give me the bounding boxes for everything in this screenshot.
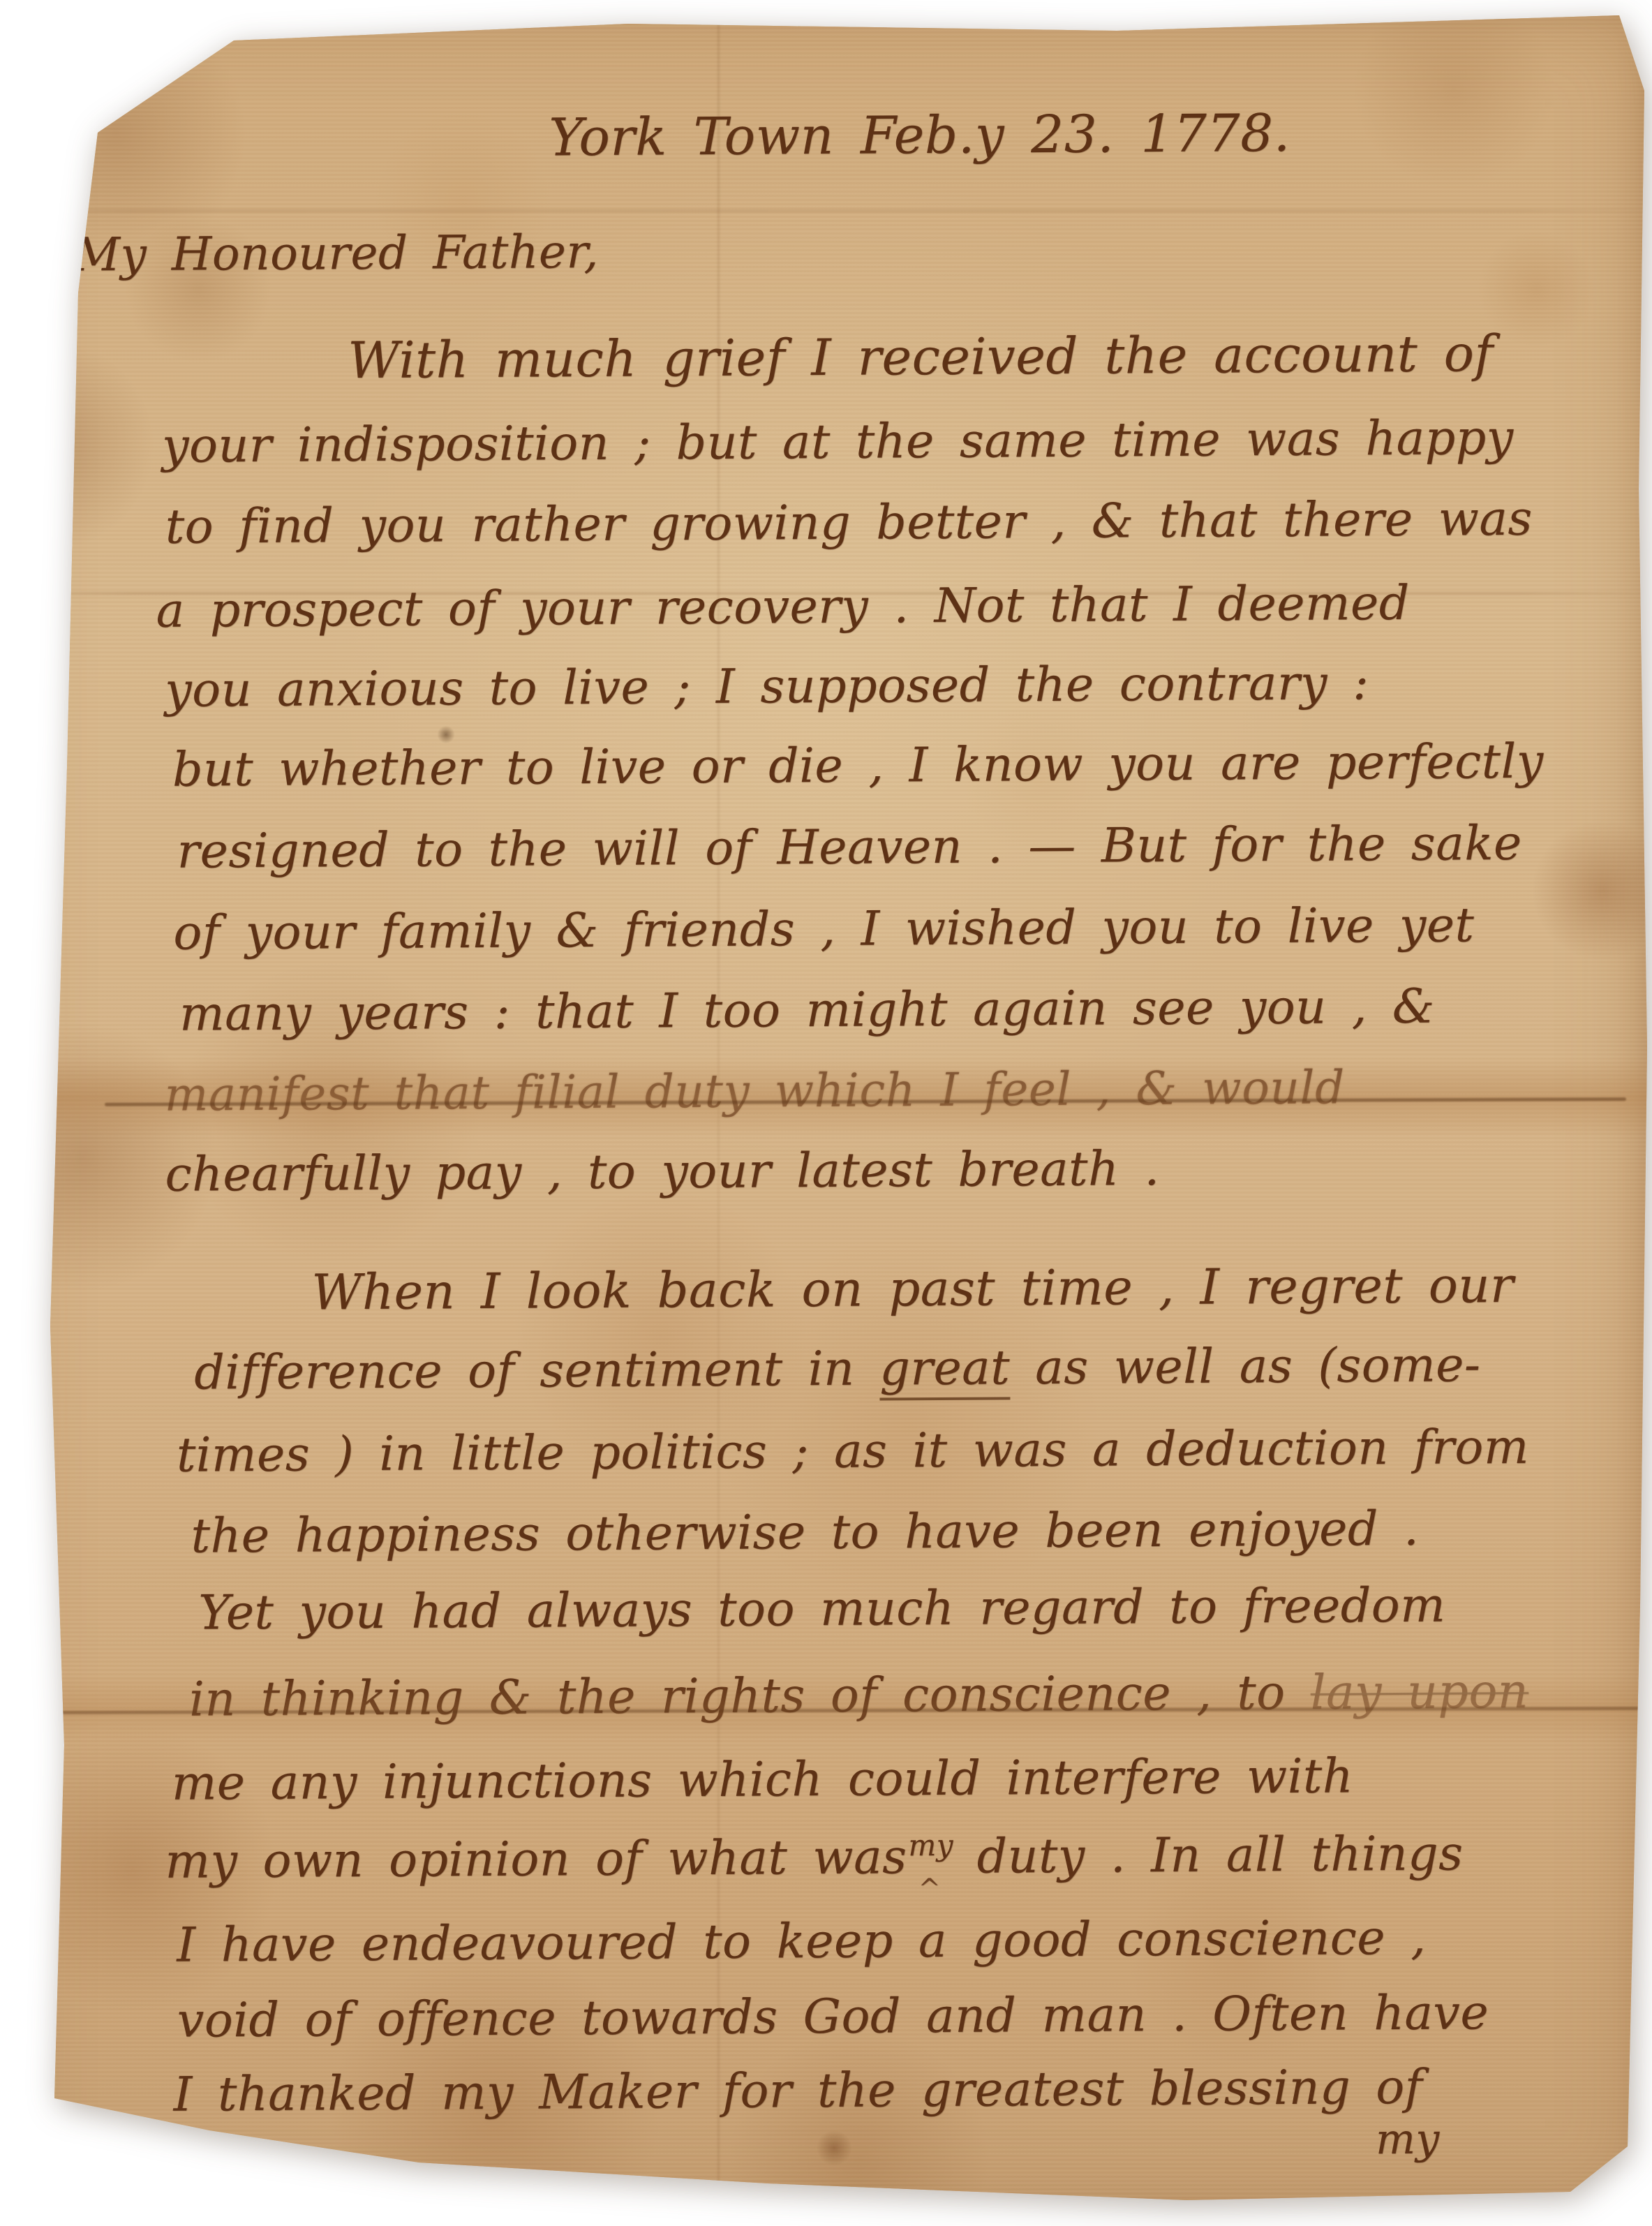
letter-line: When I look back on past time , I regret… bbox=[311, 1256, 1514, 1321]
letter-line: to find you rather growing better , & th… bbox=[165, 491, 1533, 555]
line-segment: as well as (some- bbox=[1010, 1337, 1481, 1395]
letter-line: but whether to live or die , I know you … bbox=[172, 734, 1544, 798]
struck-words: lay upon bbox=[1310, 1664, 1528, 1721]
letter-line-with-underline: difference of sentiment in great as well… bbox=[194, 1337, 1481, 1400]
letter-scan: York Town Feb.y 23. 1778. My Honoured Fa… bbox=[0, 0, 1652, 2226]
letter-line: chearfully pay , to your latest breath . bbox=[165, 1141, 1159, 1203]
letter-paper: York Town Feb.y 23. 1778. My Honoured Fa… bbox=[0, 0, 1652, 2226]
handwriting-layer: York Town Feb.y 23. 1778. My Honoured Fa… bbox=[0, 0, 1652, 2226]
underlined-word: great bbox=[879, 1340, 1010, 1400]
letter-line: the happiness otherwise to have been enj… bbox=[191, 1501, 1419, 1564]
line-segment: difference of sentiment in bbox=[194, 1342, 880, 1401]
line-segment: duty . In all things bbox=[951, 1826, 1464, 1884]
letter-line-struck-by-fold: manifest that filial duty which I feel ,… bbox=[165, 1060, 1345, 1121]
letter-line: many years : that I too might again see … bbox=[179, 979, 1435, 1042]
scan-background: { "colors": { "background": "#ffffff", "… bbox=[0, 0, 1652, 2226]
letter-line: resigned to the will of Heaven . — But f… bbox=[177, 816, 1521, 880]
letter-line-with-strikethrough: in thinking & the rights of conscience ,… bbox=[189, 1664, 1528, 1728]
catchword: my bbox=[1376, 2115, 1440, 2165]
letter-line: I thanked my Maker for the greatest bles… bbox=[173, 2060, 1422, 2123]
letter-line: times ) in little politics ; as it was a… bbox=[177, 1420, 1529, 1483]
letter-line: With much grief I received the account o… bbox=[348, 324, 1494, 389]
letter-line-with-insertion: my own opinion of what wasmy^ duty . In … bbox=[165, 1826, 1464, 1889]
line-segment: my own opinion of what was bbox=[165, 1830, 907, 1889]
letter-line: I have endeavoured to keep a good consci… bbox=[177, 1910, 1426, 1973]
caret-insertion: my^ bbox=[907, 1866, 952, 1873]
letter-salutation: My Honoured Father, bbox=[73, 225, 599, 282]
line-segment: in thinking & the rights of conscience ,… bbox=[189, 1665, 1311, 1728]
letter-line: Yet you had always too much regard to fr… bbox=[198, 1578, 1445, 1641]
inserted-word: my bbox=[908, 1828, 953, 1862]
letter-line: me any injunctions which could interfere… bbox=[172, 1749, 1354, 1811]
letter-line: a prospect of your recovery . Not that I… bbox=[156, 576, 1410, 639]
caret-mark: ^ bbox=[918, 1873, 942, 1904]
letter-line: of your family & friends , I wished you … bbox=[173, 898, 1474, 960]
letter-line: you anxious to live ; I supposed the con… bbox=[165, 655, 1369, 718]
letter-line: your indisposition ; but at the same tim… bbox=[162, 410, 1514, 474]
letter-dateline: York Town Feb.y 23. 1778. bbox=[549, 103, 1290, 168]
letter-line: void of offence towards God and man . Of… bbox=[177, 1985, 1489, 2048]
